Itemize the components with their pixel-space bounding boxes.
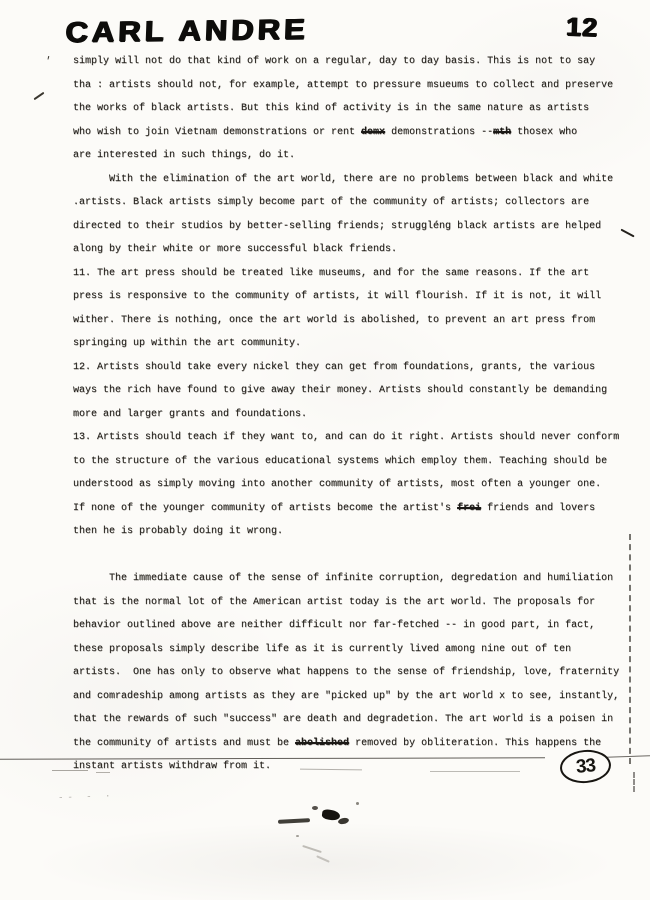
text-line: understood as simply moving into another… bbox=[73, 473, 618, 497]
ink-smudge bbox=[337, 817, 349, 825]
ink-smudge bbox=[321, 809, 340, 821]
faint-pencil-squiggle bbox=[316, 855, 330, 863]
text-line: springing up within the art community. bbox=[73, 332, 618, 356]
overstruck-word: frei bbox=[457, 503, 481, 514]
faint-pencil-squiggle bbox=[302, 845, 322, 853]
faint-dot-marks: -- - · bbox=[58, 791, 115, 803]
text-line: simply will not do that kind of work on … bbox=[73, 50, 618, 74]
text-line: press is responsive to the community of … bbox=[73, 285, 618, 309]
text-line: behavior outlined above are neither diff… bbox=[73, 614, 618, 638]
text-line: ways the rich have found to give away th… bbox=[73, 379, 618, 403]
text-line: 13. Artists should teach if they want to… bbox=[73, 426, 618, 450]
text-line: the community of artists and must be abo… bbox=[73, 732, 618, 756]
author-signature: CARL ANDRE bbox=[65, 13, 309, 50]
text-line: The immediate cause of the sense of infi… bbox=[73, 567, 618, 591]
text-line: these proposals simply describe life as … bbox=[73, 638, 618, 662]
handwritten-page-number: 12 bbox=[565, 12, 598, 43]
text-line bbox=[73, 544, 618, 568]
text-line: directed to their studios by better-sell… bbox=[73, 215, 618, 239]
text-line: along by their white or more successful … bbox=[73, 238, 618, 262]
left-margin-check-mark bbox=[34, 92, 45, 101]
text-line: instant artists withdraw from it. bbox=[73, 755, 618, 779]
document-body: simply will not do that kind of work on … bbox=[73, 50, 618, 779]
text-line: 11. The art press should be treated like… bbox=[73, 262, 618, 286]
text-line: With the elimination of the art world, t… bbox=[73, 168, 618, 192]
overstruck-word: abolished bbox=[295, 738, 349, 749]
text-line: that the rewards of such "success" are d… bbox=[73, 708, 618, 732]
text-line: more and larger grants and foundations. bbox=[73, 403, 618, 427]
text-line: who wish to join Vietnam demonstrations … bbox=[73, 121, 618, 145]
text-line: If none of the younger community of arti… bbox=[73, 497, 618, 521]
ink-speck bbox=[356, 802, 359, 805]
text-line: that is the normal lot of the American a… bbox=[73, 591, 618, 615]
ink-smudge bbox=[312, 806, 318, 810]
right-margin-dashed-line-lower bbox=[633, 772, 635, 792]
text-line: .artists. Black artists simply become pa… bbox=[73, 191, 618, 215]
overstruck-word: demx bbox=[361, 127, 385, 138]
scanned-document-page: CARL ANDRE 12 simply will not do that ki… bbox=[0, 0, 650, 900]
text-line: to the structure of the various educatio… bbox=[73, 450, 618, 474]
ink-speck bbox=[296, 835, 299, 837]
text-line: then he is probably doing it wrong. bbox=[73, 520, 618, 544]
text-line: the works of black artists. But this kin… bbox=[73, 97, 618, 121]
text-line: and comradeship among artists as they ar… bbox=[73, 685, 618, 709]
overstruck-word: mth bbox=[493, 127, 511, 138]
ink-smudge bbox=[278, 818, 310, 824]
right-margin-pen-mark bbox=[620, 229, 634, 238]
left-margin-tick-mark: ' bbox=[43, 55, 52, 68]
text-line: wither. There is nothing, once the art w… bbox=[73, 309, 618, 333]
text-line: are interested in such things, do it. bbox=[73, 144, 618, 168]
text-line: tha : artists should not, for example, a… bbox=[73, 74, 618, 98]
right-margin-dashed-line bbox=[629, 534, 631, 764]
text-line: artists. One has only to observe what ha… bbox=[73, 661, 618, 685]
text-line: 12. Artists should take every nickel the… bbox=[73, 356, 618, 380]
